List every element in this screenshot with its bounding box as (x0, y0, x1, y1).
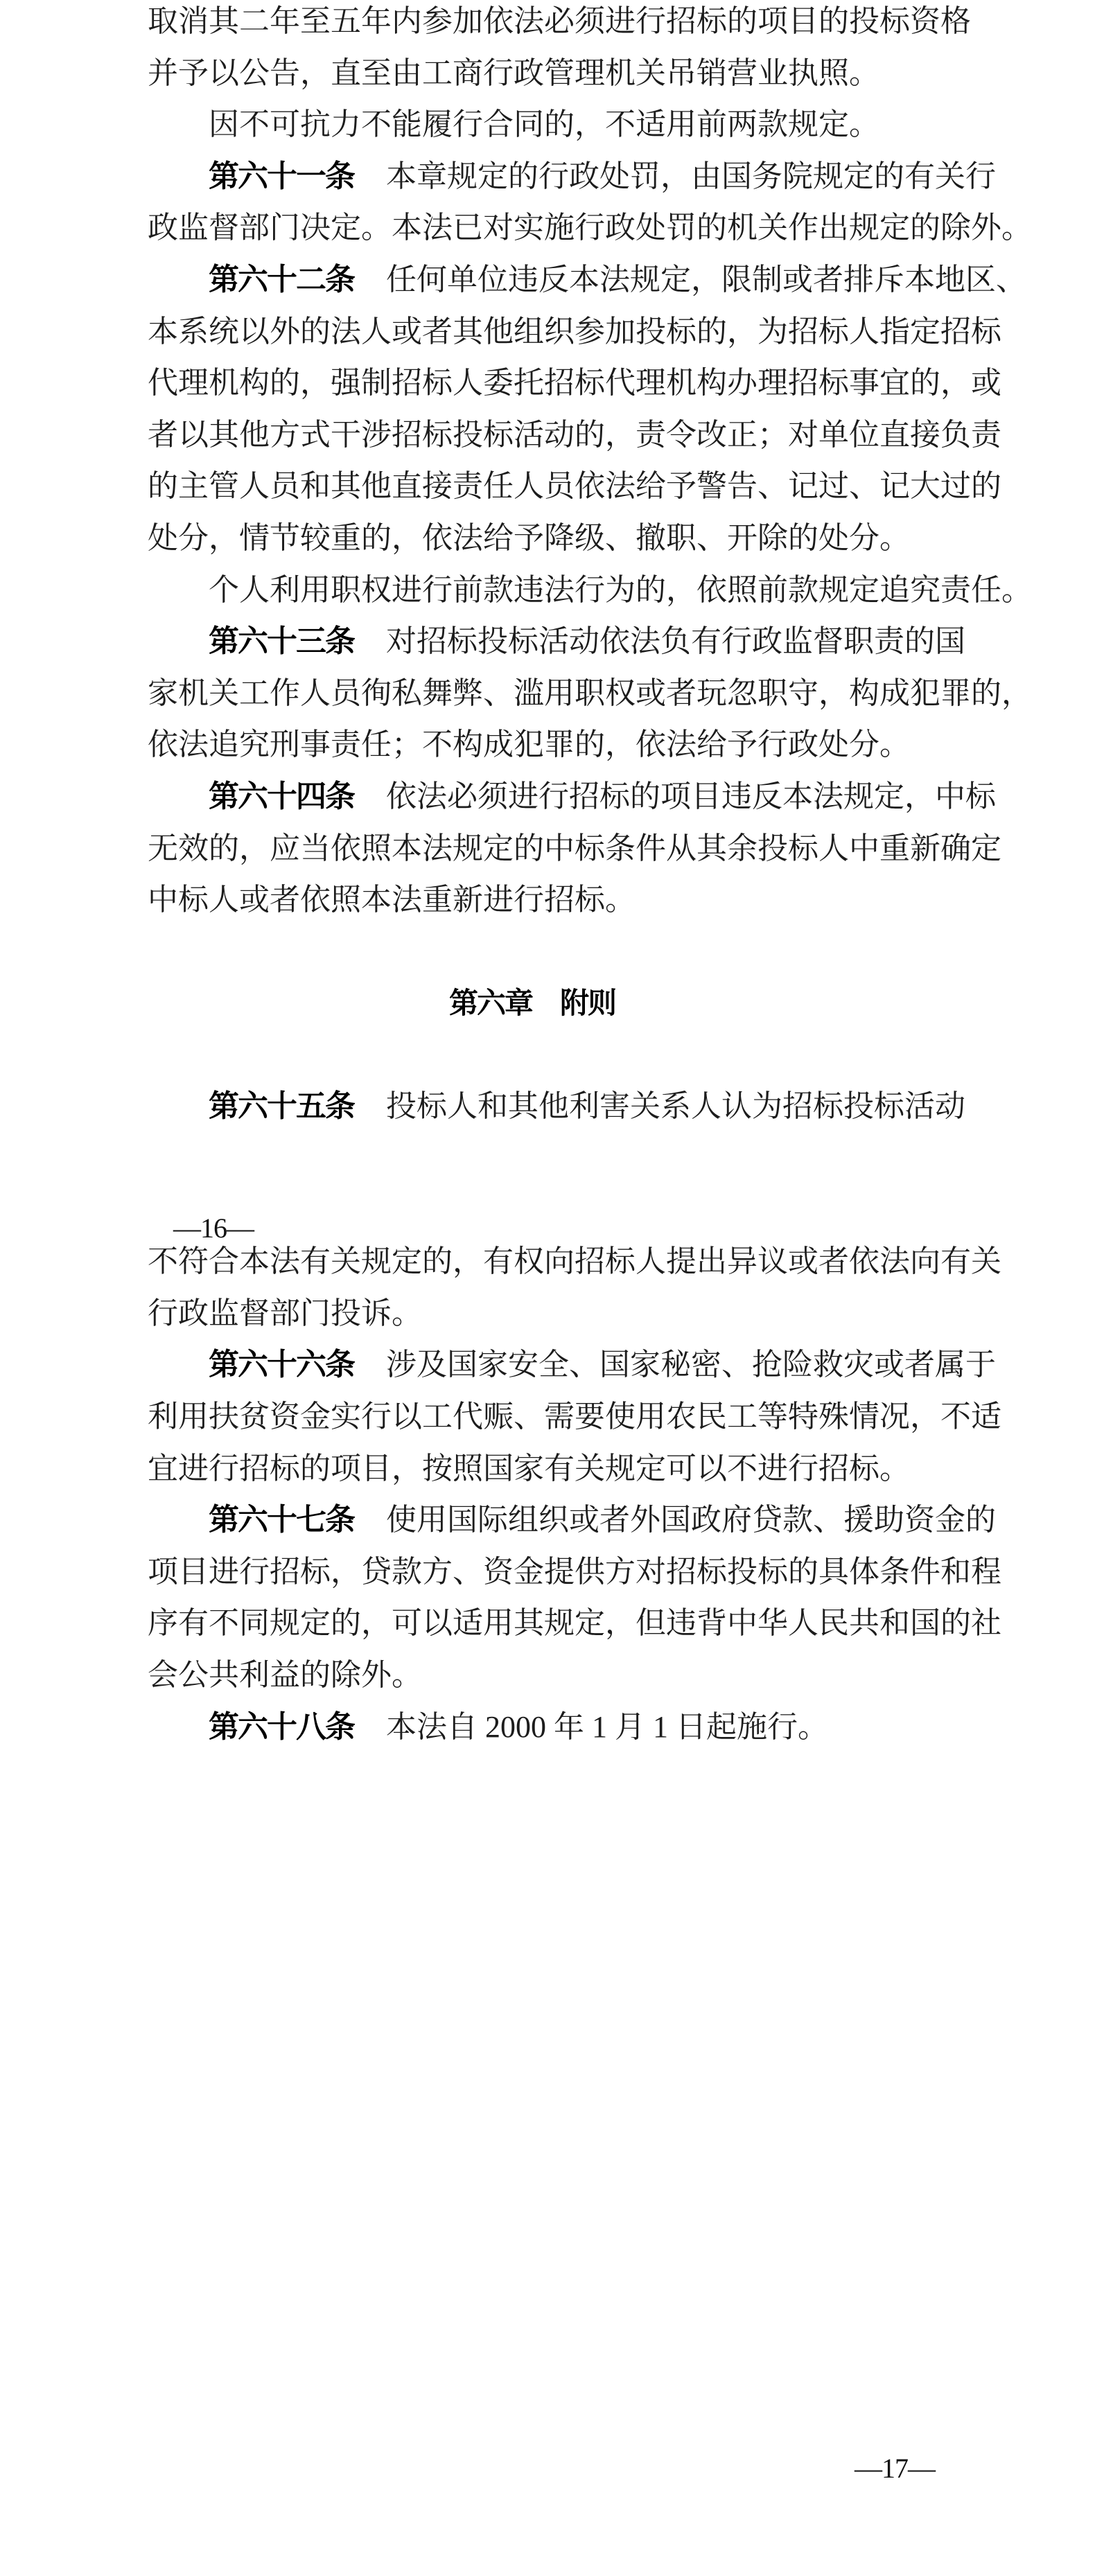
line-text: 本系统以外的法人或者其他组织参加投标的，为招标人指定招标 (148, 315, 1001, 349)
text-line: 第六十三条对招标投标活动依法负有行政监督职责的国 (148, 616, 1035, 668)
article-number-label: 第六十四条 (209, 779, 354, 813)
line-text: 利用扶贫资金实行以工代赈、需要使用农民工等特殊情况，不适 (148, 1400, 1001, 1433)
text-line: 家机关工作人员徇私舞弊、滥用职权或者玩忽职守，构成犯罪的， (148, 668, 1035, 720)
line-text: 处分，情节较重的，依法给予降级、撤职、开除的处分。 (148, 521, 910, 555)
text-line: 第六十八条本法自 2000 年 1 月 1 日起施行。 (148, 1702, 1035, 1754)
text-line: 依法追究刑事责任；不构成犯罪的，依法给予行政处分。 (148, 719, 1035, 771)
line-text: 使用国际组织或者外国政府贷款、援助资金的 (386, 1503, 996, 1537)
article-number-label: 第六十三条 (209, 624, 354, 658)
text-line: 的主管人员和其他直接责任人员依法给予警告、记过、记大过的 (148, 461, 1035, 513)
blank-slot (148, 1030, 1035, 1082)
text-line: 无效的，应当依照本法规定的中标条件从其余投标人中重新确定 (148, 823, 1035, 875)
text-line: 第六十六条涉及国家安全、国家秘密、抢险救灾或者属于 (148, 1339, 1035, 1391)
page-number-16: —16— (173, 1215, 254, 1242)
line-text: 涉及国家安全、国家秘密、抢险救灾或者属于 (386, 1348, 996, 1382)
text-line: 宜进行招标的项目，按照国家有关规定可以不进行招标。 (148, 1443, 1035, 1495)
page-number-17: —17— (855, 2455, 935, 2482)
line-text: 序有不同规定的，可以适用其规定，但违背中华人民共和国的社 (148, 1606, 1001, 1640)
text-line: 第六十一条本章规定的行政处罚，由国务院规定的有关行 (148, 151, 1035, 203)
text-line: 并予以公告，直至由工商行政管理机关吊销营业执照。 (148, 48, 1035, 100)
law-text-flow: 取消其二年至五年内参加依法必须进行招标的项目的投标资格并予以公告，直至由工商行政… (148, 0, 1035, 1753)
text-line: 第六十五条投标人和其他利害关系人认为招标投标活动 (148, 1081, 1035, 1133)
article-number-label: 第六十五条 (209, 1089, 354, 1123)
document-page: 取消其二年至五年内参加依法必须进行招标的项目的投标资格并予以公告，直至由工商行政… (0, 0, 1095, 2576)
line-text: 的主管人员和其他直接责任人员依法给予警告、记过、记大过的 (148, 469, 1001, 503)
text-line: 第六十七条使用国际组织或者外国政府贷款、援助资金的 (148, 1494, 1035, 1546)
line-text: 者以其他方式干涉招标投标活动的，责令改正；对单位直接负责 (148, 418, 1001, 452)
text-line: 者以其他方式干涉招标投标活动的，责令改正；对单位直接负责 (148, 409, 1035, 461)
article-number-label: 第六十二条 (209, 263, 354, 297)
line-text: 项目进行招标，贷款方、资金提供方对招标投标的具体条件和程 (148, 1555, 1001, 1589)
text-line: 个人利用职权进行前款违法行为的，依照前款规定追究责任。 (148, 565, 1035, 617)
line-text: 因不可抗力不能履行合同的，不适用前两款规定。 (209, 107, 879, 141)
line-text: 对招标投标活动依法负有行政监督职责的国 (386, 624, 965, 658)
text-line: 取消其二年至五年内参加依法必须进行招标的项目的投标资格 (148, 0, 1035, 48)
blank-slot (148, 926, 1035, 978)
text-line: 因不可抗力不能履行合同的，不适用前两款规定。 (148, 99, 1035, 151)
line-text: 中标人或者依照本法重新进行招标。 (148, 883, 636, 917)
text-line: 处分，情节较重的，依法给予降级、撤职、开除的处分。 (148, 513, 1035, 565)
article-number-label: 第六十六条 (209, 1348, 354, 1382)
article-number-label: 第六十七条 (209, 1503, 354, 1537)
text-line: 序有不同规定的，可以适用其规定，但违背中华人民共和国的社 (148, 1598, 1035, 1650)
line-text: 依法追究刑事责任；不构成犯罪的，依法给予行政处分。 (148, 727, 910, 761)
line-text: 任何单位违反本法规定，限制或者排斥本地区、 (386, 263, 1026, 297)
text-line: 项目进行招标，贷款方、资金提供方对招标投标的具体条件和程 (148, 1546, 1035, 1598)
line-text: 行政监督部门投诉。 (148, 1296, 422, 1330)
text-line: 不符合本法有关规定的，有权向招标人提出异议或者依法向有关 (148, 1236, 1035, 1288)
line-text: 个人利用职权进行前款违法行为的，依照前款规定追究责任。 (209, 573, 1032, 607)
text-line: 政监督部门决定。本法已对实施行政处罚的机关作出规定的除外。 (148, 202, 1035, 254)
text-line: 本系统以外的法人或者其他组织参加投标的，为招标人指定招标 (148, 306, 1035, 358)
line-text: 代理机构的，强制招标人委托招标代理机构办理招标事宜的，或 (148, 366, 1001, 400)
text-line: 代理机构的，强制招标人委托招标代理机构办理招标事宜的，或 (148, 358, 1035, 409)
blank-slot (148, 1133, 1035, 1236)
text-line: 第六十二条任何单位违反本法规定，限制或者排斥本地区、 (148, 254, 1035, 306)
chapter-heading: 第六章 附则 (148, 978, 917, 1030)
line-text: 宜进行招标的项目，按照国家有关规定可以不进行招标。 (148, 1452, 910, 1485)
line-text: 本章规定的行政处罚，由国务院规定的有关行 (386, 159, 996, 193)
line-text: 会公共利益的除外。 (148, 1658, 422, 1692)
line-text: 政监督部门决定。本法已对实施行政处罚的机关作出规定的除外。 (148, 211, 1032, 245)
line-text: 本法自 2000 年 1 月 1 日起施行。 (386, 1710, 828, 1744)
line-text: 依法必须进行招标的项目违反本法规定，中标 (386, 779, 996, 813)
text-line: 中标人或者依照本法重新进行招标。 (148, 874, 1035, 926)
line-text: 家机关工作人员徇私舞弊、滥用职权或者玩忽职守，构成犯罪的， (148, 676, 1032, 710)
line-text: 不符合本法有关规定的，有权向招标人提出异议或者依法向有关 (148, 1244, 1001, 1278)
article-number-label: 第六十八条 (209, 1710, 354, 1744)
line-text: 并予以公告，直至由工商行政管理机关吊销营业执照。 (148, 56, 879, 90)
text-line: 第六十四条依法必须进行招标的项目违反本法规定，中标 (148, 771, 1035, 823)
line-text: 无效的，应当依照本法规定的中标条件从其余投标人中重新确定 (148, 831, 1001, 865)
text-line: 行政监督部门投诉。 (148, 1288, 1035, 1340)
text-line: 会公共利益的除外。 (148, 1650, 1035, 1702)
line-text: 投标人和其他利害关系人认为招标投标活动 (386, 1089, 965, 1123)
text-line: 利用扶贫资金实行以工代赈、需要使用农民工等特殊情况，不适 (148, 1391, 1035, 1443)
line-text: 取消其二年至五年内参加依法必须进行招标的项目的投标资格 (148, 4, 971, 38)
article-number-label: 第六十一条 (209, 159, 354, 193)
